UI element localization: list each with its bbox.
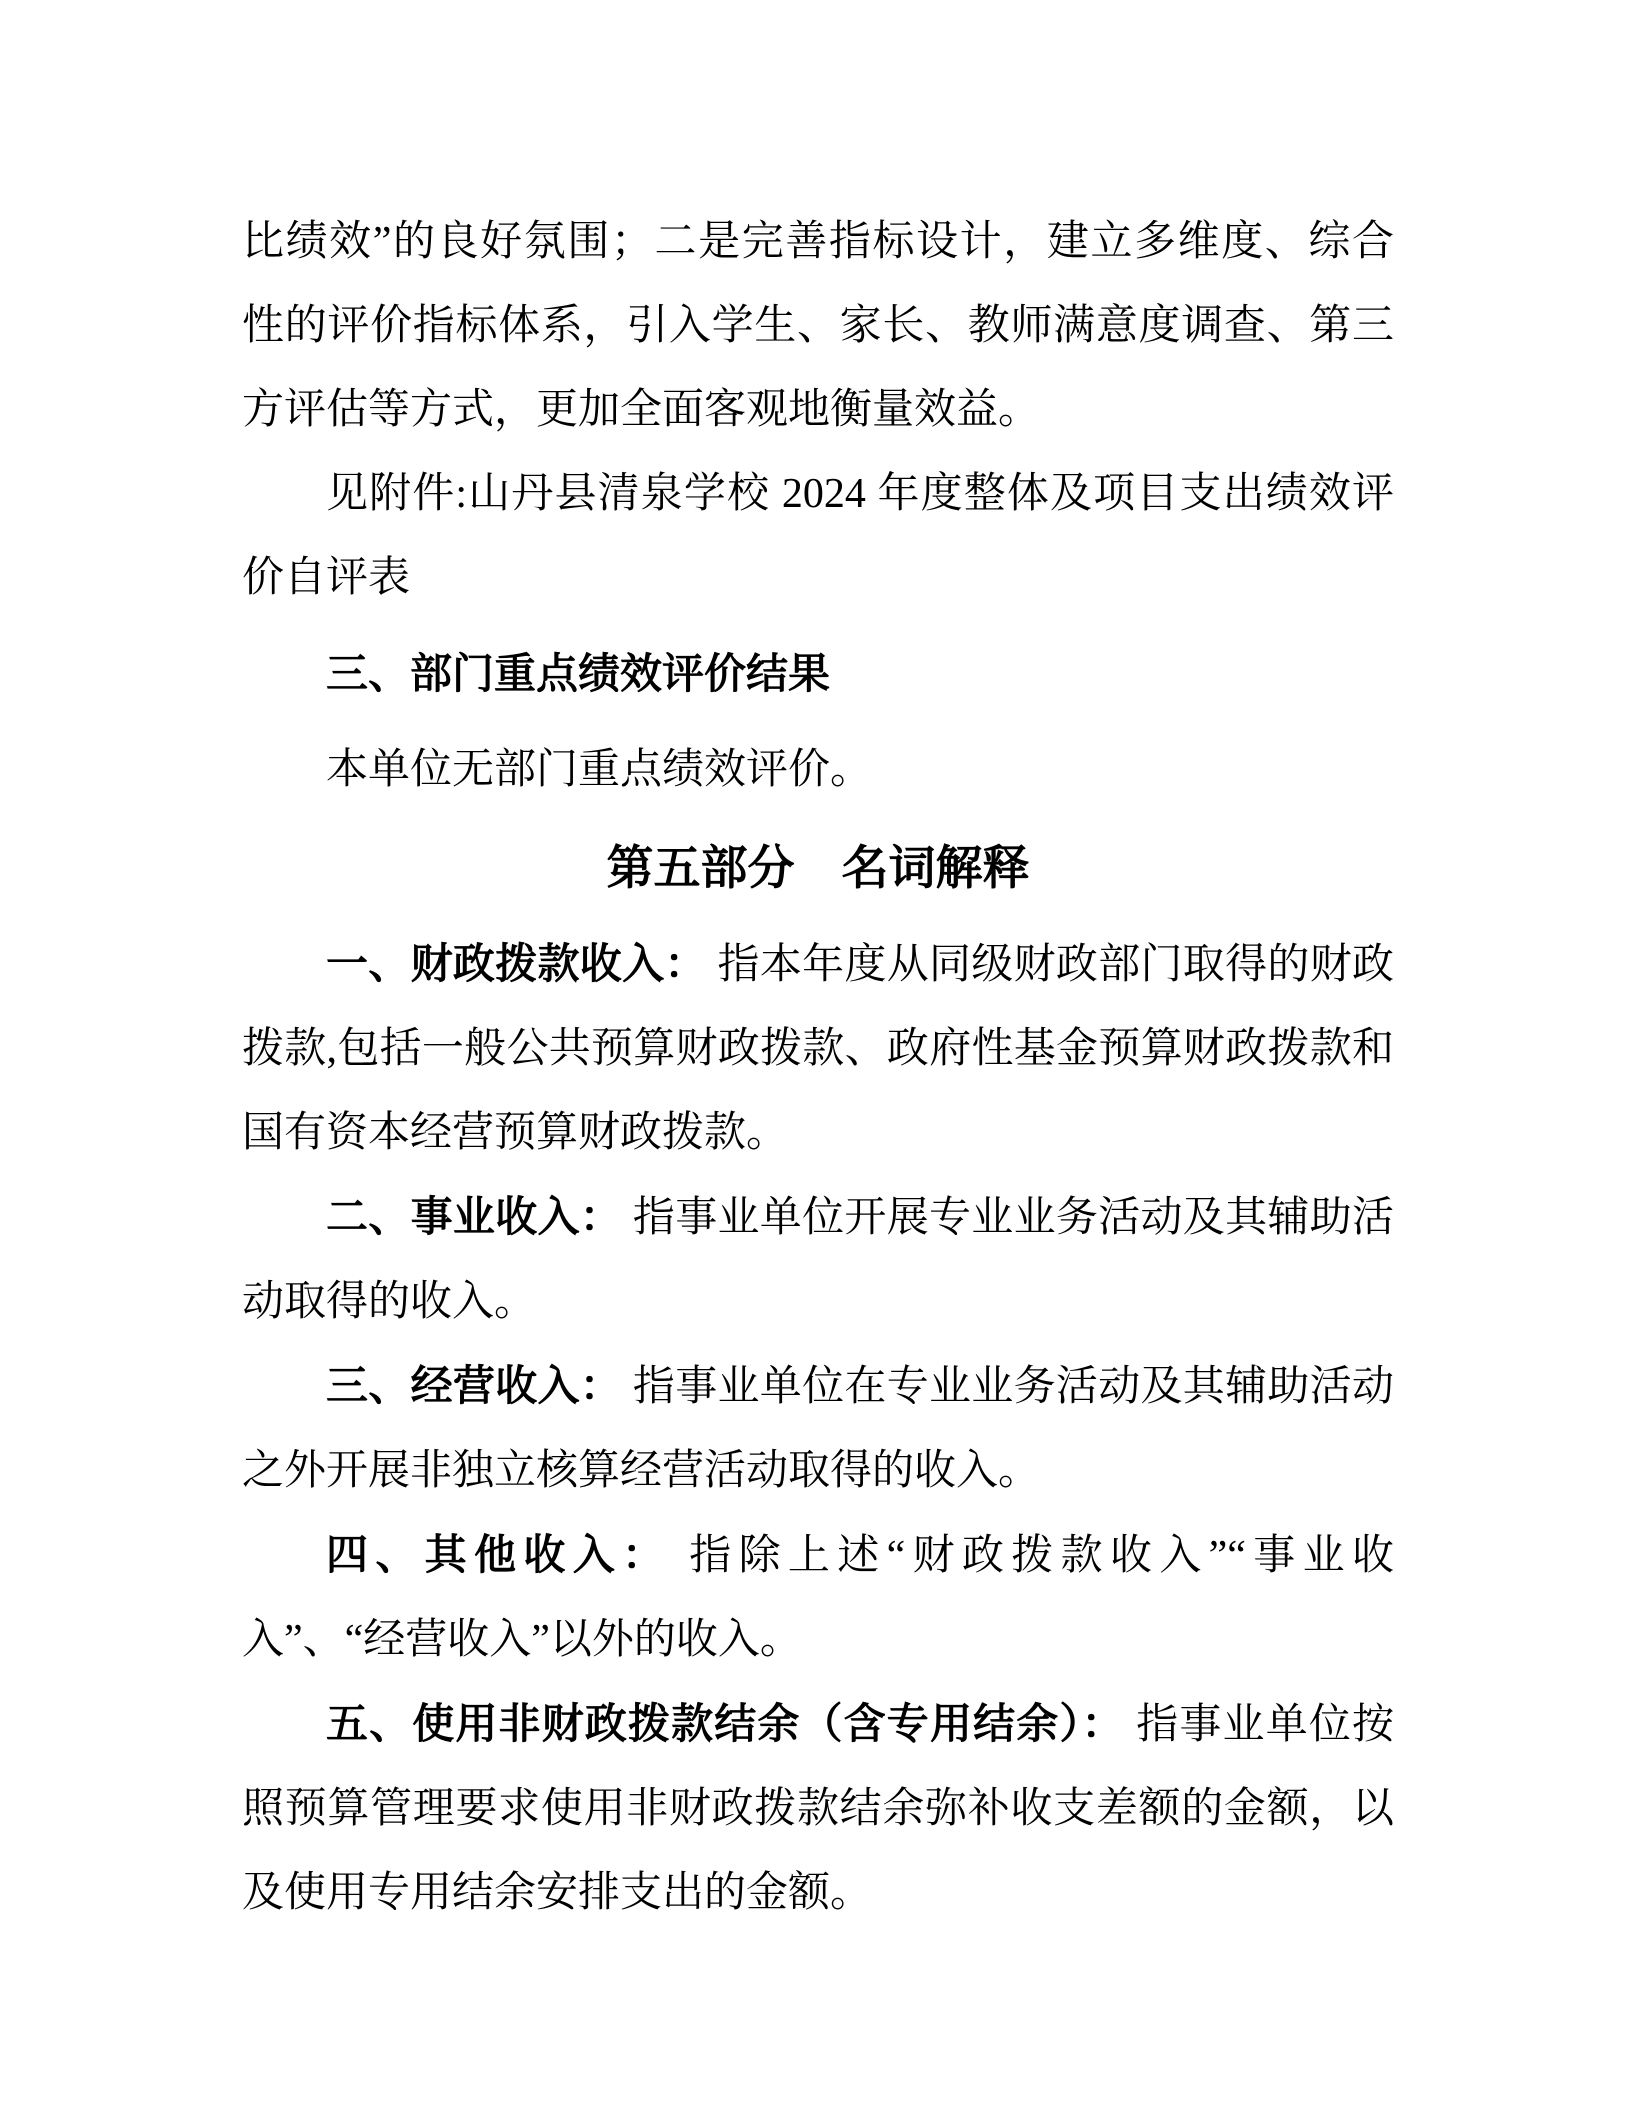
paragraph-attachment-note: 见附件:山丹县清泉学校 2024 年度整体及项目支出绩效评价自评表 — [242, 452, 1394, 620]
paragraph-continuation-text: 比绩效”的良好氛围；二是完善指标设计，建立多维度、综合性的评价指标体系，引入学生… — [242, 219, 1394, 433]
paragraph-attachment-text: 见附件:山丹县清泉学校 2024 年度整体及项目支出绩效评价自评表 — [242, 471, 1394, 601]
heading-section-3: 三、部门重点绩效评价结果 — [242, 632, 1394, 716]
definition-2: 二、事业收入： 指事业单位开展专业业务活动及其辅助活动取得的收入。 — [242, 1175, 1394, 1344]
heading-part-5: 第五部分 名词解释 — [242, 826, 1394, 910]
paragraph-no-key-evaluation-text: 本单位无部门重点绩效评价。 — [326, 747, 872, 793]
definition-3-term: 三、经营收入： — [326, 1362, 622, 1409]
definition-5: 五、使用非财政拨款结余（含专用结余）： 指事业单位按照预算管理要求使用非财政拨款… — [242, 1682, 1394, 1935]
definition-1-term: 一、财政拨款收入： — [326, 940, 707, 987]
heading-section-3-text: 三、部门重点绩效评价结果 — [326, 650, 830, 697]
definition-2-term: 二、事业收入： — [326, 1193, 622, 1240]
heading-part-5-text: 第五部分 名词解释 — [607, 841, 1030, 894]
paragraph-continuation: 比绩效”的良好氛围；二是完善指标设计，建立多维度、综合性的评价指标体系，引入学生… — [242, 200, 1394, 452]
document-page: 比绩效”的良好氛围；二是完善指标设计，建立多维度、综合性的评价指标体系，引入学生… — [0, 0, 1632, 2112]
paragraph-no-key-evaluation: 本单位无部门重点绩效评价。 — [242, 728, 1394, 812]
definition-4: 四、其他收入： 指除上述“财政拨款收入”“事业收入”、“经营收入”以外的收入。 — [242, 1513, 1394, 1682]
definition-3: 三、经营收入： 指事业单位在专业业务活动及其辅助活动之外开展非独立核算经营活动取… — [242, 1344, 1394, 1513]
definition-1: 一、财政拨款收入： 指本年度从同级财政部门取得的财政拨款,包括一般公共预算财政拨… — [242, 922, 1394, 1175]
definition-4-term: 四、其他收入： — [326, 1531, 671, 1578]
definition-5-term: 五、使用非财政拨款结余（含专用结余）： — [326, 1700, 1125, 1747]
